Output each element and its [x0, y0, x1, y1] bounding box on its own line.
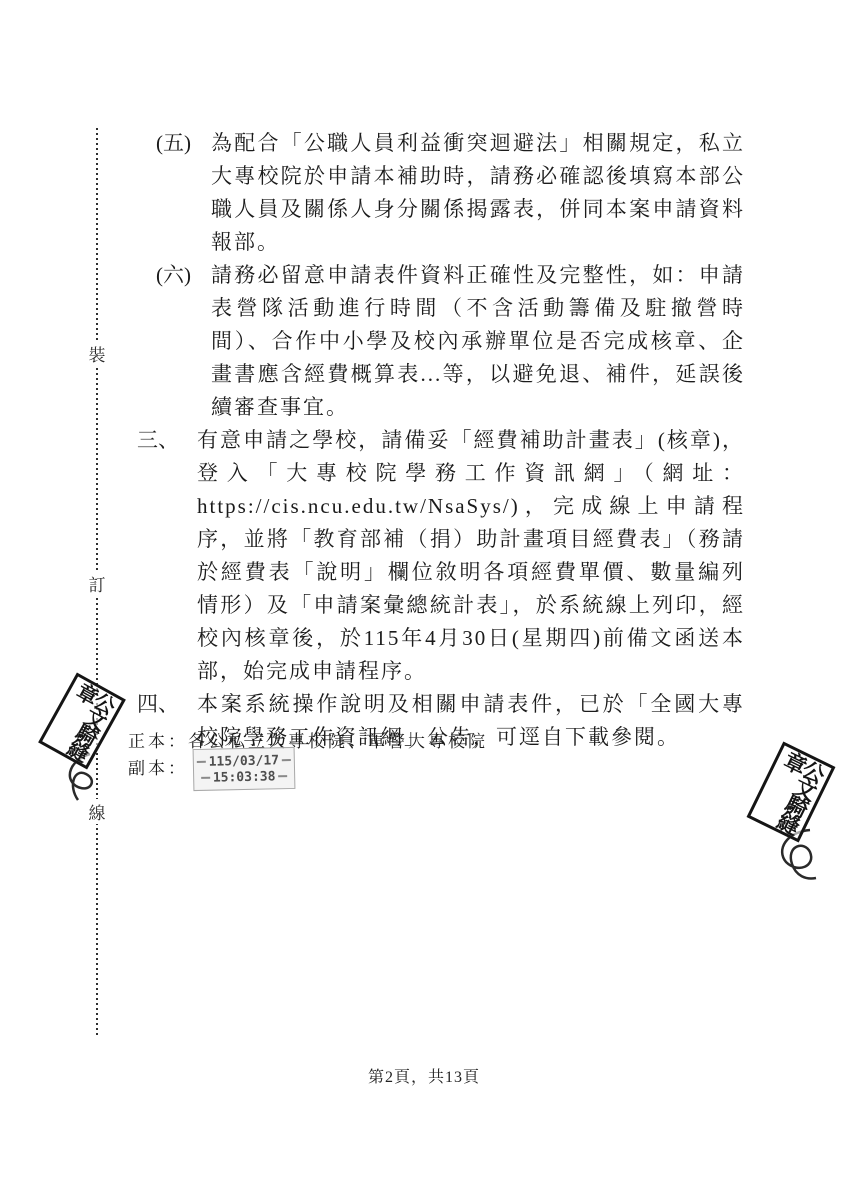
stamp-tick-line — [201, 777, 210, 779]
seam-stamp-text: 公文騎縫章 — [756, 748, 827, 836]
stamp-time: 15:03:38 — [213, 769, 276, 785]
received-timestamp-stamp: 115/03/17 15:03:38 — [193, 747, 296, 791]
stamp-date-row: 115/03/17 — [194, 752, 294, 769]
body-paragraph-item6: (六) 請務必留意申請表件資料正確性及完整性，如：申請表營隊活動進行時間（不含活… — [0, 259, 848, 424]
body-paragraph-item5: (五) 為配合「公職人員利益衝突迴避法」相關規定，私立大專校院於申請本補助時，請… — [0, 127, 848, 259]
paragraph-text: 請務必留意申請表件資料正確性及完整性，如：申請表營隊活動進行時間（不含活動籌備及… — [211, 263, 745, 419]
stamp-date: 115/03/17 — [208, 753, 279, 769]
list-marker: (六) — [156, 259, 191, 292]
list-marker: 三、 — [137, 424, 179, 457]
stamp-tick-line — [197, 761, 206, 763]
stamp-time-row: 15:03:38 — [194, 768, 294, 785]
paragraph-text: 為配合「公職人員利益衝突迴避法」相關規定，私立大專校院於申請本補助時，請務必確認… — [211, 131, 745, 254]
binding-mark-zhuang: 裝 — [83, 341, 111, 366]
list-marker: 四、 — [137, 688, 179, 721]
distribution-copy: 副本： — [128, 755, 488, 782]
body-paragraph-item3: 三、 有意申請之學校，請備妥「經費補助計畫表」(核章)，登入「大專校院學務工作資… — [0, 424, 848, 688]
stamp-tick-line — [278, 775, 287, 777]
paragraph-text: 有意申請之學校，請備妥「經費補助計畫表」(核章)，登入「大專校院學務工作資訊網」… — [197, 428, 745, 683]
distribution-original: 正本：各公私立大專校院、軍警大專校院 — [128, 728, 488, 755]
page-number: 第2頁，共13頁 — [0, 1064, 848, 1087]
distribution-block: 正本：各公私立大專校院、軍警大專校院 副本： — [128, 728, 488, 782]
document-body: (五) 為配合「公職人員利益衝突迴避法」相關規定，私立大專校院於申請本補助時，請… — [0, 127, 848, 754]
stamp-tick-line — [282, 759, 291, 761]
binding-mark-ding: 訂 — [83, 571, 111, 596]
document-page: { "document": { "paragraphs": [ { "marke… — [0, 0, 848, 1200]
list-marker: (五) — [156, 127, 191, 160]
